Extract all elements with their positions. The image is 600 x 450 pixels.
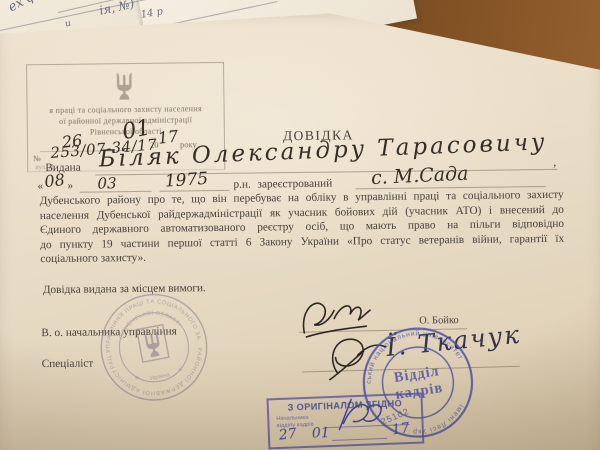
country-label: Україна xyxy=(149,372,171,382)
specialist-position-label: Спеціаліст xyxy=(42,358,94,371)
registered-place-handwriting: с. М.Сада xyxy=(371,163,469,190)
birth-year-handwriting: 1975 xyxy=(164,169,208,192)
corner-stamp-line1: я праці та соціального захисту населення xyxy=(28,104,224,115)
star-glyph: ✳ xyxy=(134,374,140,382)
certifier-signature-ink xyxy=(337,397,397,432)
issued-end-comma: , xyxy=(553,155,556,170)
trident-icon xyxy=(111,70,137,102)
birth-suffix: р.н. xyxy=(233,179,250,191)
cert-date-month-handwriting: 01 xyxy=(312,425,330,442)
cert-date-day-handwriting: 27 xyxy=(278,426,297,444)
birth-day-handwriting: 08 xyxy=(43,170,65,191)
birth-month-handwriting: 03 xyxy=(97,174,116,192)
trident-icon xyxy=(137,325,169,362)
stamp-blank-line xyxy=(332,438,387,441)
body-paragraph: Дубенського району про те, що він перебу… xyxy=(40,188,565,267)
certificate-content: я праці та соціального захисту населення… xyxy=(0,0,600,450)
registered-label: зареєстрований xyxy=(257,178,332,191)
photo-of-certificate: { "colors": { "stamp_blue": "#4c52a8", "… xyxy=(0,0,600,450)
certification-signer-line1: Начальника xyxy=(276,415,308,422)
open-quote: « xyxy=(37,180,43,192)
number-label: № xyxy=(33,154,41,163)
round-stamp-administration: УПРАВЛІННЯ ПРАЦІ ТА СОЦІАЛЬНОГО ЗАХИСТУ … xyxy=(87,280,221,414)
close-quote: » xyxy=(67,180,73,192)
